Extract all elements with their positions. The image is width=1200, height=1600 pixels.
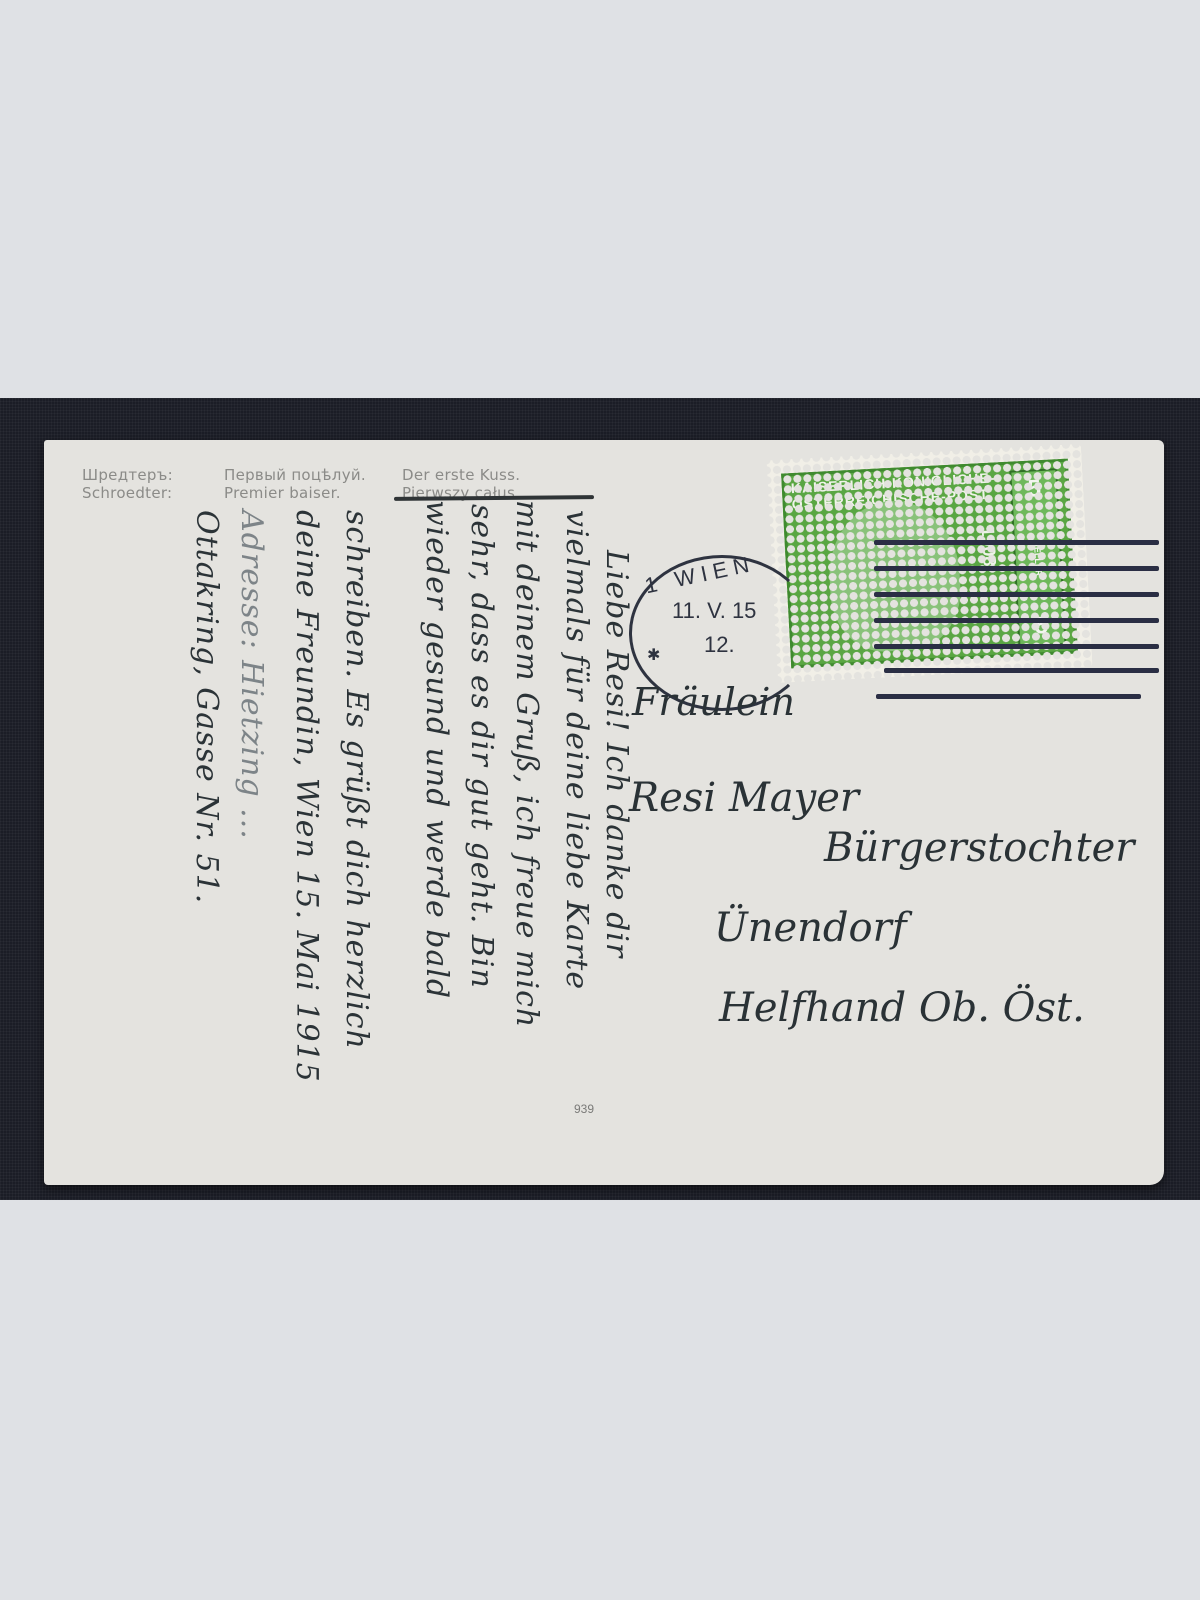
cancellation-line — [874, 592, 1159, 597]
caption-artist-ru: Шредтеръ: — [82, 466, 173, 484]
caption-artist-de: Schroedter: — [82, 484, 172, 502]
message-line: Liebe Resi! Ich danke dir — [599, 550, 634, 958]
message-line: Adresse: Hietzing ... — [234, 510, 269, 840]
stamp-value-bottom: 5 — [1034, 612, 1049, 641]
stamp-value-top: 5 — [1027, 475, 1042, 504]
caption-title-ru: Первый поцѣлуй. — [224, 466, 366, 484]
cancellation-line — [874, 644, 1159, 649]
cancellation-line — [884, 668, 1159, 673]
message-line: sehr, dass es dir gut geht. Bin — [464, 504, 499, 989]
message-line: mit deinem Gruß, ich freue mich — [509, 500, 544, 1028]
address-town: Ünendorf — [714, 905, 907, 951]
stamp-design: KAISERLICH-KÖNIGLICHE-ÖSTERREICHISCHE-PO… — [781, 459, 1078, 669]
postmark-star-icon: ✱ — [647, 645, 660, 665]
address-occupation: Bürgerstochter — [824, 825, 1134, 871]
cancellation-line — [874, 566, 1159, 571]
message-line: vielmals für deine liebe Karte — [559, 510, 594, 990]
message-line: wieder gesund und werde bald — [419, 500, 454, 999]
address-name: Resi Mayer — [629, 775, 859, 821]
stamp-portrait — [826, 498, 964, 655]
publisher-number: 939 — [574, 1102, 594, 1116]
caption-title-de: Der erste Kuss. — [402, 466, 520, 484]
cancellation-line — [874, 618, 1159, 623]
address-region: Helfhand Ob. Öst. — [719, 985, 1085, 1031]
postcard: Шредтеръ: Schroedter: Первый поцѣлуй. Pr… — [44, 440, 1164, 1185]
postmark-hour: 12. — [704, 632, 735, 658]
message-line: schreiben. Es grüßt dich herzlich — [339, 510, 374, 1050]
cancellation-line — [876, 694, 1141, 699]
stamp-years: 1908 — [977, 526, 1000, 567]
caption-title-fr: Premier baiser. — [224, 484, 341, 502]
cancellation-line — [874, 540, 1159, 545]
message-line: deine Freundin, Wien 15. Mai 1915 — [289, 510, 324, 1083]
address-salutation: Fräulein — [632, 680, 795, 724]
postmark-date: 11. V. 15 — [672, 598, 756, 624]
message-line: Ottakring, Gasse Nr. 51. — [189, 510, 224, 904]
